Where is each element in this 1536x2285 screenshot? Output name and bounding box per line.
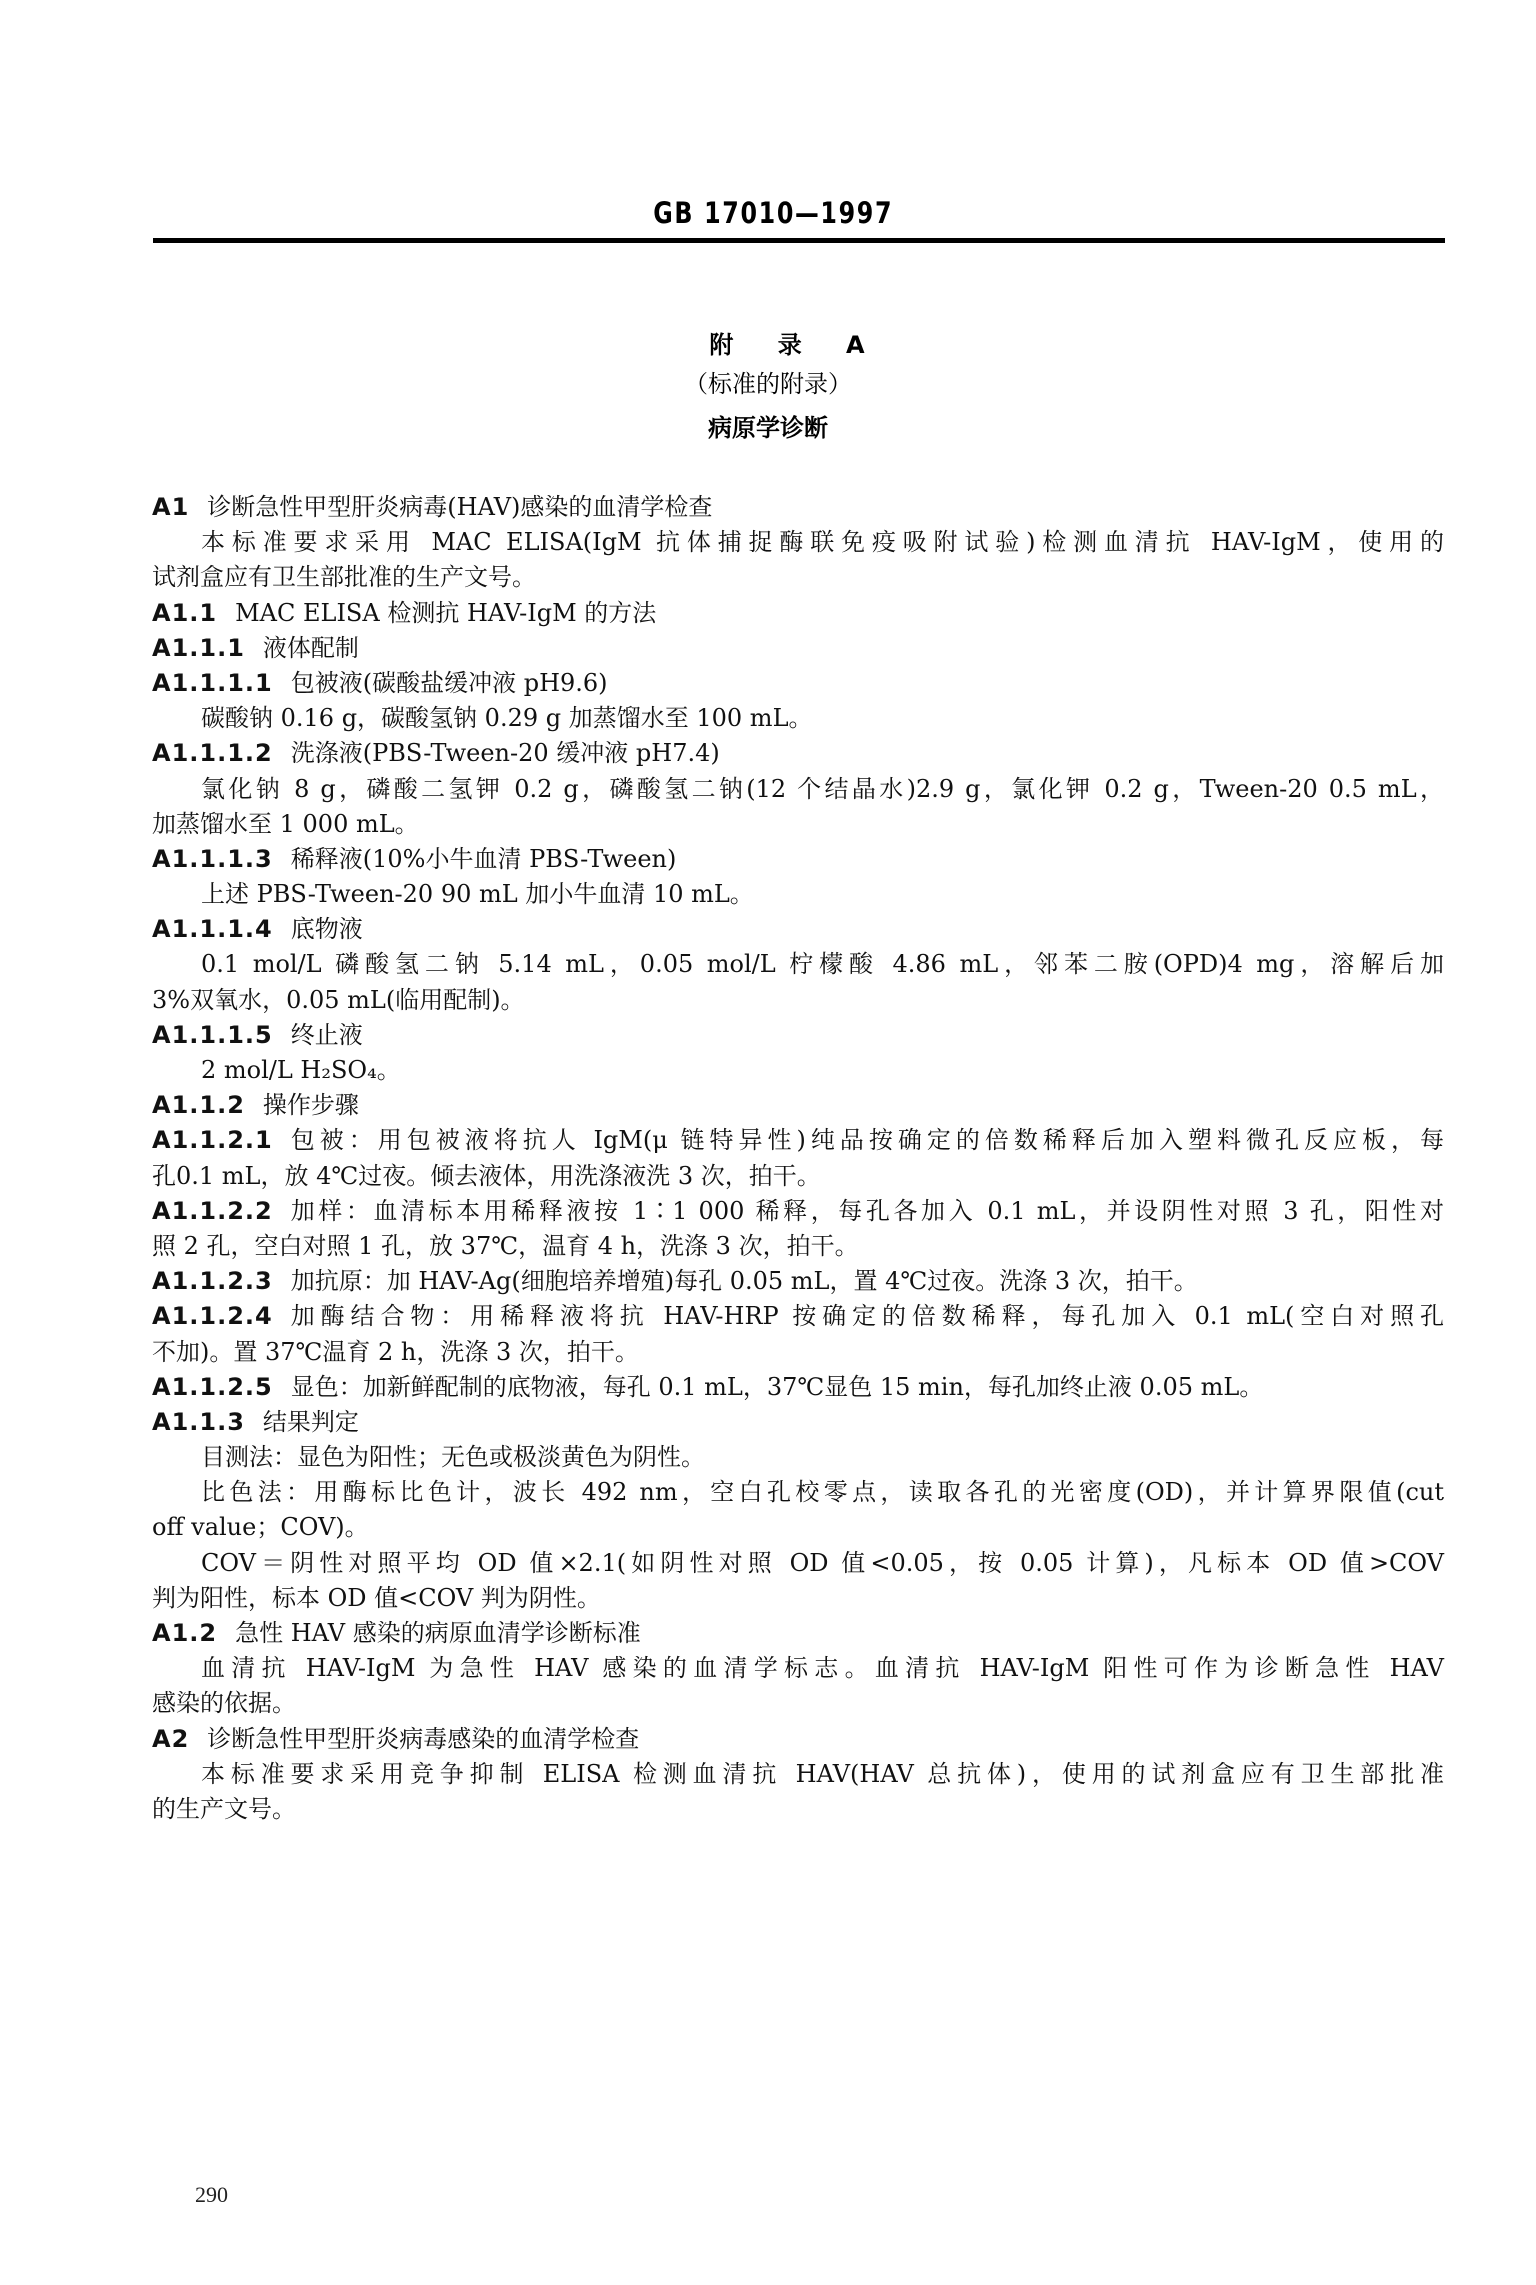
step-a1-1-2-5: A1.1.2.5显色：加新鲜配制的底物液，每孔 0.1 mL，37℃显色 15 … <box>152 1370 1444 1405</box>
section-number: A1.1.2.2 <box>152 1194 273 1229</box>
paragraph-line: 加抗原：加 HAV-Ag(细胞培养增殖)每孔 0.05 mL，置 4℃过夜。洗涤… <box>291 1267 1198 1295</box>
paragraph-line: 加酶结合物：用稀释液将抗 HAV-HRP 按确定的倍数稀释，每孔加入 0.1 m… <box>291 1299 1444 1334</box>
standard-code-header: GB 17010—1997 <box>143 196 1403 230</box>
section-number: A1.1.3 <box>152 1405 245 1440</box>
section-heading-text: 稀释液(10%小牛血清 PBS-Tween) <box>291 845 677 873</box>
section-heading-text: MAC ELISA 检测抗 HAV-IgM 的方法 <box>235 599 656 627</box>
paragraph-line: 孔0.1 mL，放 4℃过夜。倾去液体，用洗涤液洗 3 次，拍干。 <box>152 1162 821 1190</box>
section-number: A1.1.1 <box>152 631 245 666</box>
section-heading-a1: A1诊断急性甲型肝炎病毒(HAV)感染的血清学检查 <box>152 490 1444 525</box>
appendix-label: 附 录 A <box>0 325 1536 360</box>
paragraph-line: 2 mol/L H₂SO₄。 <box>201 1056 401 1084</box>
section-heading-text: 急性 HAV 感染的病原血清学诊断标准 <box>235 1619 641 1647</box>
section-heading-a2: A2诊断急性甲型肝炎病毒感染的血清学检查 <box>152 1722 1444 1757</box>
section-heading-text: 诊断急性甲型肝炎病毒感染的血清学检查 <box>207 1725 639 1753</box>
paragraph-line: 上述 PBS-Tween-20 90 mL 加小牛血清 10 mL。 <box>201 880 754 908</box>
section-heading-text: 液体配制 <box>263 634 359 662</box>
section-heading-a1-1-2: A1.1.2操作步骤 <box>152 1088 1444 1123</box>
paragraph-line: 本标准要求采用 MAC ELISA(IgM 抗体捕捉酶联免疫吸附试验)检测血清抗… <box>152 525 1444 560</box>
section-heading-text: 结果判定 <box>263 1408 359 1436</box>
section-heading-text: 终止液 <box>291 1021 363 1049</box>
paragraph-line: 目测法：显色为阳性；无色或极淡黄色为阴性。 <box>201 1443 705 1471</box>
paragraph-line: 试剂盒应有卫生部批准的生产文号。 <box>152 563 536 591</box>
section-heading-a1-1-1-2: A1.1.1.2洗涤液(PBS-Tween-20 缓冲液 pH7.4) <box>152 736 1444 771</box>
section-heading-a1-1-1: A1.1.1液体配制 <box>152 631 1444 666</box>
section-number: A1.1.2 <box>152 1088 245 1123</box>
section-number: A1.1.1.1 <box>152 666 273 701</box>
paragraph-line: 血清抗 HAV-IgM 为急性 HAV 感染的血清学标志。血清抗 HAV-IgM… <box>152 1651 1444 1686</box>
section-heading-text: 洗涤液(PBS-Tween-20 缓冲液 pH7.4) <box>291 739 720 767</box>
paragraph-line: 照 2 孔，空白对照 1 孔，放 37℃，温育 4 h，洗涤 3 次，拍干。 <box>152 1232 859 1260</box>
section-number: A1.1.1.5 <box>152 1018 273 1053</box>
appendix-title: 病原学诊断 <box>0 408 1536 443</box>
step-a1-1-2-3: A1.1.2.3加抗原：加 HAV-Ag(细胞培养增殖)每孔 0.05 mL，置… <box>152 1264 1444 1299</box>
paragraph-line: 加蒸馏水至 1 000 mL。 <box>152 810 419 838</box>
section-number: A1.1.1.2 <box>152 736 273 771</box>
paragraph-line: 3%双氧水，0.05 mL(临用配制)。 <box>152 986 525 1014</box>
step-a1-1-2-4: A1.1.2.4加酶结合物：用稀释液将抗 HAV-HRP 按确定的倍数稀释，每孔… <box>152 1299 1444 1334</box>
paragraph-line: 加样：血清标本用稀释液按 1∶1 000 稀释，每孔各加入 0.1 mL，并设阴… <box>291 1194 1444 1229</box>
document-body: A1诊断急性甲型肝炎病毒(HAV)感染的血清学检查 本标准要求采用 MAC EL… <box>152 490 1444 1827</box>
step-a1-1-2-2: A1.1.2.2加样：血清标本用稀释液按 1∶1 000 稀释，每孔各加入 0.… <box>152 1194 1444 1229</box>
step-a1-1-2-1: A1.1.2.1包被：用包被液将抗人 IgM(μ 链特异性)纯品按确定的倍数稀释… <box>152 1123 1444 1158</box>
section-heading-a1-1-1-1: A1.1.1.1包被液(碳酸盐缓冲液 pH9.6) <box>152 666 1444 701</box>
section-heading-text: 诊断急性甲型肝炎病毒(HAV)感染的血清学检查 <box>207 493 712 521</box>
paragraph-line: off value；COV)。 <box>152 1513 369 1541</box>
paragraph-line: 0.1 mol/L 磷酸氢二钠 5.14 mL，0.05 mol/L 柠檬酸 4… <box>152 947 1444 982</box>
paragraph-line: 碳酸钠 0.16 g，碳酸氢钠 0.29 g 加蒸馏水至 100 mL。 <box>201 704 813 732</box>
section-heading-a1-1-3: A1.1.3结果判定 <box>152 1405 1444 1440</box>
paragraph-line: 本标准要求采用竞争抑制 ELISA 检测血清抗 HAV(HAV 总抗体)，使用的… <box>152 1757 1444 1792</box>
paragraph-line: 不加)。置 37℃温育 2 h，洗涤 3 次，拍干。 <box>152 1338 639 1366</box>
section-heading-text: 包被液(碳酸盐缓冲液 pH9.6) <box>291 669 608 697</box>
section-number: A1.1.2.3 <box>152 1264 273 1299</box>
section-heading-text: 底物液 <box>291 915 363 943</box>
section-number: A1.1.2.4 <box>152 1299 273 1334</box>
section-heading-a1-1: A1.1MAC ELISA 检测抗 HAV-IgM 的方法 <box>152 596 1444 631</box>
appendix-subtitle: （标准的附录） <box>0 364 1536 399</box>
section-number: A1 <box>152 490 189 525</box>
paragraph-line: 包被：用包被液将抗人 IgM(μ 链特异性)纯品按确定的倍数稀释后加入塑料微孔反… <box>291 1123 1444 1158</box>
paragraph-line: 判为阳性，标本 OD 值<COV 判为阴性。 <box>152 1584 601 1612</box>
paragraph-line: 感染的依据。 <box>152 1689 296 1717</box>
section-heading-a1-1-1-3: A1.1.1.3稀释液(10%小牛血清 PBS-Tween) <box>152 842 1444 877</box>
section-heading-a1-2: A1.2急性 HAV 感染的病原血清学诊断标准 <box>152 1616 1444 1651</box>
paragraph-line: 比色法：用酶标比色计，波长 492 nm，空白孔校零点，读取各孔的光密度(OD)… <box>152 1475 1444 1510</box>
page-number: 290 <box>195 2182 228 2208</box>
section-number: A1.1.1.4 <box>152 912 273 947</box>
section-heading-a1-1-1-4: A1.1.1.4底物液 <box>152 912 1444 947</box>
section-heading-a1-1-1-5: A1.1.1.5终止液 <box>152 1018 1444 1053</box>
section-number: A1.1.1.3 <box>152 842 273 877</box>
paragraph-line: 氯化钠 8 g，磷酸二氢钾 0.2 g，磷酸氢二钠(12 个结晶水)2.9 g，… <box>152 772 1444 807</box>
paragraph-line: 显色：加新鲜配制的底物液，每孔 0.1 mL，37℃显色 15 min，每孔加终… <box>291 1373 1264 1401</box>
header-rule <box>153 238 1445 243</box>
section-number: A1.2 <box>152 1616 217 1651</box>
section-number: A1.1.2.1 <box>152 1123 273 1158</box>
section-number: A1.1 <box>152 596 217 631</box>
paragraph-line: 的生产文号。 <box>152 1795 296 1823</box>
section-number: A1.1.2.5 <box>152 1370 273 1405</box>
section-number: A2 <box>152 1722 189 1757</box>
section-heading-text: 操作步骤 <box>263 1091 359 1119</box>
paragraph-line: COV＝阴性对照平均 OD 值×2.1(如阴性对照 OD 值<0.05，按 0.… <box>152 1546 1444 1581</box>
